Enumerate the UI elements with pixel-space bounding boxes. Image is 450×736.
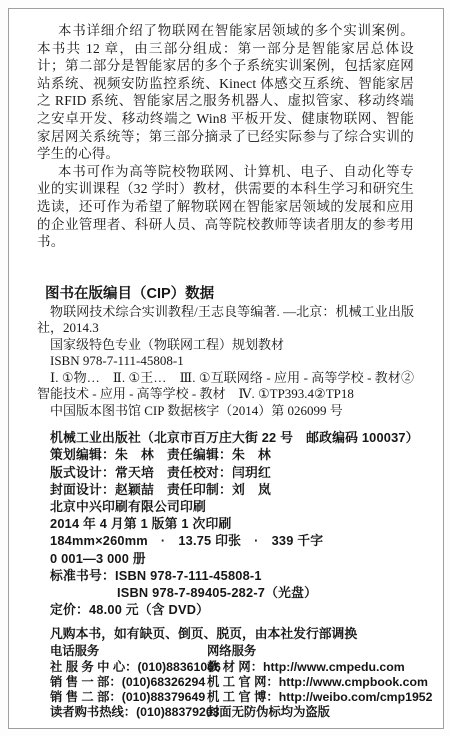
cip-heading: 图书在版编目（CIP）数据 xyxy=(45,285,414,304)
intro-paragraph-2: 本书可作为高等院校物联网、计算机、电子、自动化等专业的实训课程（32 学时）教材… xyxy=(37,163,414,251)
replacement-notice: 凡购本书，如有缺页、倒页、脱页，由本社发行部调换 xyxy=(50,626,414,642)
anti-piracy-note: 封面无防伪标均为盗版 xyxy=(207,705,432,720)
phone-service-line: 销 售 一 部：(010)68326294 xyxy=(50,675,207,690)
network-service-line: 机 工 官 网：http://www.cmpbook.com xyxy=(207,675,432,690)
cd-isbn-line: ISBN 978-7-89405-282-7（光盘） xyxy=(50,584,414,601)
format-line: 184mm×260mm · 13.75 印张 · 339 千字 xyxy=(50,532,414,549)
network-service-title: 网络服务 xyxy=(207,644,432,659)
phone-service-line: 读者购书热线：(010)88379203 xyxy=(50,705,207,720)
page-content: 本书详细介绍了物联网在智能家居领域的多个实训案例。本书共 12 章，由三部分组成… xyxy=(37,22,414,720)
cip-classification: Ⅰ. ①物… Ⅱ. ①王… Ⅲ. ①互联网络 - 应用 - 高等学校 - 教材②… xyxy=(37,370,414,403)
standard-isbn-line: 标准书号：ISBN 978-7-111-45808-1 xyxy=(50,567,414,584)
cover-printing-line: 封面设计：赵颖喆 责任印制：刘 岚 xyxy=(50,481,414,498)
print-run-line: 0 001—3 000 册 xyxy=(50,550,414,567)
editors-line: 策划编辑：朱 林 责任编辑：朱 林 xyxy=(50,446,414,463)
intro-paragraph-1: 本书详细介绍了物联网在智能家居领域的多个实训案例。本书共 12 章，由三部分组成… xyxy=(37,22,414,163)
copyright-page: 本书详细介绍了物联网在智能家居领域的多个实训案例。本书共 12 章，由三部分组成… xyxy=(0,0,450,736)
book-introduction: 本书详细介绍了物联网在智能家居领域的多个实训案例。本书共 12 章，由三部分组成… xyxy=(37,22,414,251)
service-block: 凡购本书，如有缺页、倒页、脱页，由本社发行部调换 电话服务 网络服务 社 服 务… xyxy=(37,626,414,720)
network-service-line: 机 工 官 博：http://weibo.com/cmp1952 xyxy=(207,690,432,705)
phone-service-line: 社 服 务 中 心：(010)88361066 xyxy=(50,660,207,675)
service-columns: 电话服务 网络服务 社 服 务 中 心：(010)88361066 教 材 网：… xyxy=(50,644,414,720)
printer-line: 北京中兴印刷有限公司印刷 xyxy=(50,498,414,515)
cip-registration-number: 中国版本图书馆 CIP 数据核字（2014）第 026099 号 xyxy=(37,403,414,420)
cip-series-title: 国家级特色专业（物联网工程）规划教材 xyxy=(37,337,414,354)
phone-service-title: 电话服务 xyxy=(50,644,207,659)
network-service-line: 教 材 网：http://www.cmpedu.com xyxy=(207,660,432,675)
edition-line: 2014 年 4 月第 1 版第 1 次印刷 xyxy=(50,515,414,532)
cip-isbn: ISBN 978-7-111-45808-1 xyxy=(37,353,414,370)
cip-entry: 物联网技术综合实训教程/王志良等编著. —北京：机械工业出版社，2014.3 xyxy=(37,304,414,337)
layout-proofreader-line: 版式设计：常天培 责任校对：闫玥红 xyxy=(50,464,414,481)
imprint-block: 机械工业出版社（北京市百万庄大街 22 号 邮政编码 100037） 策划编辑：… xyxy=(37,429,414,618)
phone-service-line: 销 售 二 部：(010)88379649 xyxy=(50,690,207,705)
cip-data-block: 图书在版编目（CIP）数据 物联网技术综合实训教程/王志良等编著. —北京：机械… xyxy=(37,285,414,420)
publisher-address: 机械工业出版社（北京市百万庄大街 22 号 邮政编码 100037） xyxy=(50,429,414,446)
price-line: 定价：48.00 元（含 DVD） xyxy=(50,601,414,618)
